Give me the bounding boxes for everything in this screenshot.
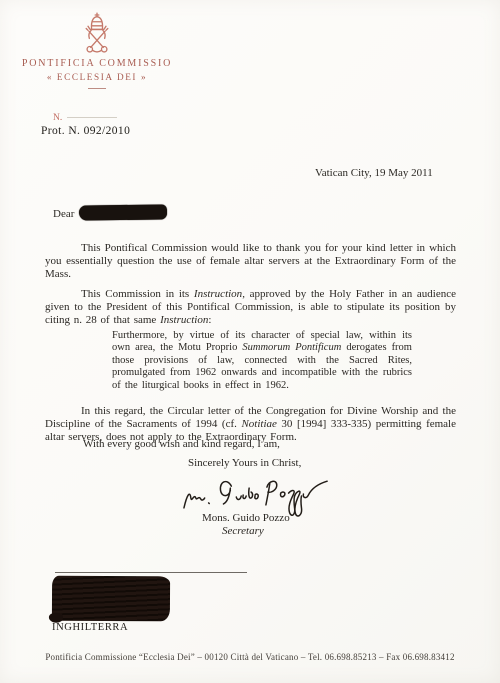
redacted-address-block xyxy=(52,576,170,622)
footer-contact-line: Pontificia Commissione “Ecclesia Dei” – … xyxy=(0,652,500,662)
salutation-line: Dear xyxy=(53,205,167,220)
paragraph-2: This Commission in its Instruction, appr… xyxy=(45,288,456,327)
salutation-word: Dear xyxy=(53,208,74,220)
date-line: Vatican City, 19 May 2011 xyxy=(315,167,433,179)
signer-name: Mons. Guido Pozzo xyxy=(202,512,290,524)
reference-label: N. xyxy=(53,113,62,123)
org-name-line2: « ECCLESIA DEI » xyxy=(18,72,176,82)
letterhead-divider xyxy=(88,88,106,89)
address-country: INGHILTERRA xyxy=(52,622,128,633)
papal-crest-icon xyxy=(79,12,115,54)
scan-artifact-line xyxy=(55,572,247,573)
closing-wish-line: With every good wish and kind regard, I … xyxy=(83,438,280,450)
reference-blank-line xyxy=(67,117,117,118)
reference-number-row: N. xyxy=(53,113,117,123)
org-name-line1: PONTIFICIA COMMISSIO xyxy=(18,58,176,69)
letter-page: PONTIFICIA COMMISSIO « ECCLESIA DEI » N.… xyxy=(0,0,500,683)
redacted-recipient-name xyxy=(79,204,167,220)
paragraph-1: This Pontifical Commission would like to… xyxy=(45,242,456,281)
block-quote-instruction-n28: Furthermore, by virtue of its character … xyxy=(112,330,412,393)
protocol-number: Prot. N. 092/2010 xyxy=(41,125,130,137)
letterhead: PONTIFICIA COMMISSIO « ECCLESIA DEI » xyxy=(18,12,176,89)
signer-title: Secretary xyxy=(222,525,264,537)
closing-valediction: Sincerely Yours in Christ, xyxy=(188,457,301,469)
